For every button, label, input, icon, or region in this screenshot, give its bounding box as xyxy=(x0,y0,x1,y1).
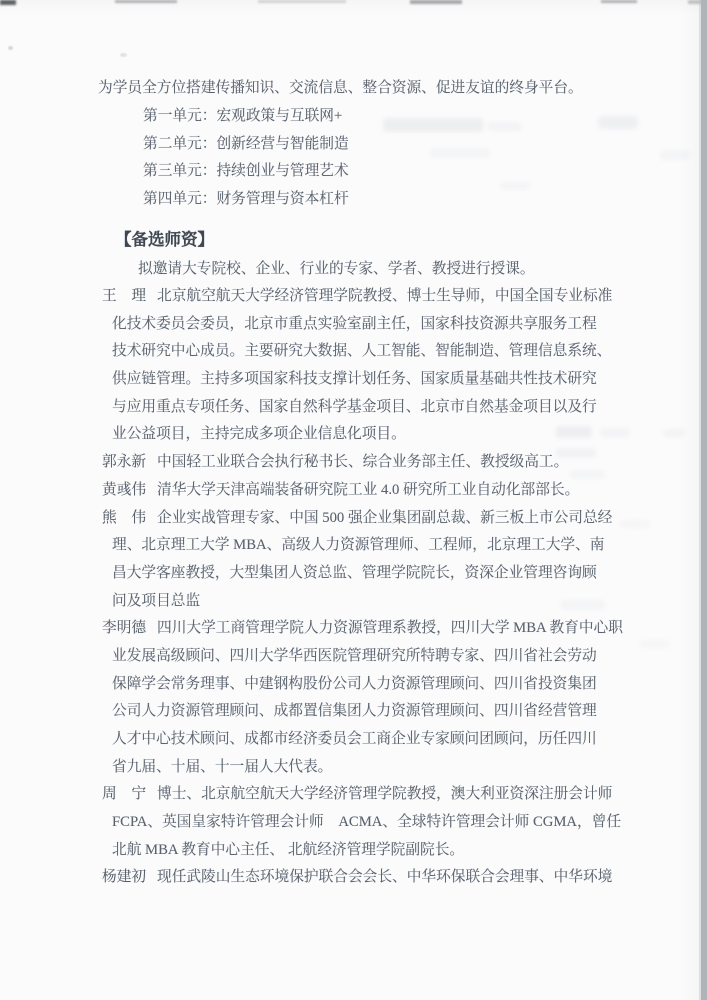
faculty-text: 清华大学天津高端装备研究院工业 4.0 研究所工业自动化部部长。 xyxy=(157,482,579,498)
section-intro: 拟邀请大专院校、企业、行业的专家、学者、教授进行授课。 xyxy=(138,255,535,283)
unit-list: 第一单元：宏观政策与互联网+ 第二单元：创新经营与智能制造 第三单元：持续创业与… xyxy=(143,103,349,213)
bleed-through-mark xyxy=(598,116,638,129)
faculty-name: 郭永新 xyxy=(102,449,146,477)
bleed-through-mark xyxy=(500,182,530,190)
faculty-line: 公司人力资源管理顾问、成都置信集团人力资源管理顾问、四川省经营管理 xyxy=(0,698,707,726)
faculty-entry: 郭永新中国轻工业联合会执行秘书长、综合业务部主任、教授级高工。 xyxy=(0,449,707,477)
faculty-entry: 周 宁博士、北京航空航天大学经济管理学院教授，澳大利亚资深注册会计师 FCPA、… xyxy=(0,781,707,864)
faculty-entry: 黄彧伟清华大学天津高端装备研究院工业 4.0 研究所工业自动化部部长。 xyxy=(0,477,707,505)
scanned-document-page: 为学员全方位搭建传播知识、交流信息、整合资源、促进友谊的终身平台。 第一单元：宏… xyxy=(0,0,707,1000)
faculty-line: 王 理北京航空航天大学经济管理学院教授、博士生导师，中国全国专业标准 xyxy=(0,283,707,311)
faculty-name: 熊 伟 xyxy=(102,505,146,533)
faculty-line: 李明德四川大学工商管理学院人力资源管理系教授，四川大学 MBA 教育中心职 xyxy=(0,615,707,643)
faculty-text: 企业实战管理专家、中国 500 强企业集团副总裁、新三板上市公司总经 xyxy=(157,510,612,526)
faculty-line: 与应用重点专项任务、国家自然科学基金项目、北京市自然基金项目以及行 xyxy=(0,394,707,422)
scan-smudge xyxy=(258,0,346,3)
bleed-through-mark xyxy=(660,150,690,160)
intro-paragraph: 为学员全方位搭建传播知识、交流信息、整合资源、促进友谊的终身平台。 xyxy=(98,74,583,102)
faculty-name: 王 理 xyxy=(102,283,146,311)
faculty-line: 郭永新中国轻工业联合会执行秘书长、综合业务部主任、教授级高工。 xyxy=(0,449,707,477)
unit-item-1: 第一单元：宏观政策与互联网+ xyxy=(143,103,349,131)
faculty-entry: 王 理北京航空航天大学经济管理学院教授、博士生导师，中国全国专业标准 化技术委员… xyxy=(0,283,707,449)
faculty-name: 黄彧伟 xyxy=(102,477,146,505)
faculty-name: 李明德 xyxy=(102,615,146,643)
scan-speck xyxy=(120,53,127,57)
scan-smudge xyxy=(601,0,637,3)
faculty-entry: 李明德四川大学工商管理学院人力资源管理系教授，四川大学 MBA 教育中心职 业发… xyxy=(0,615,707,781)
faculty-entry: 熊 伟企业实战管理专家、中国 500 强企业集团副总裁、新三板上市公司总经 理、… xyxy=(0,505,707,616)
scan-speck xyxy=(8,46,13,50)
faculty-name: 周 宁 xyxy=(102,781,146,809)
faculty-line: 化技术委员会委员，北京市重点实验室副主任，国家科技资源共享服务工程 xyxy=(0,311,707,339)
bleed-through-mark xyxy=(430,148,490,158)
faculty-roster: 王 理北京航空航天大学经济管理学院教授、博士生导师，中国全国专业标准 化技术委员… xyxy=(0,283,707,892)
faculty-line: 熊 伟企业实战管理专家、中国 500 强企业集团副总裁、新三板上市公司总经 xyxy=(0,505,707,533)
faculty-line: 业公益项目，主持完成多项企业信息化项目。 xyxy=(0,421,707,449)
section-heading: 【备选师资】 xyxy=(115,225,214,255)
scan-smudge xyxy=(410,0,462,4)
faculty-line: 技术研究中心成员。主要研究大数据、人工智能、智能制造、管理信息系统、 xyxy=(0,338,707,366)
faculty-line: 北航 MBA 教育中心主任、 北航经济管理学院副院长。 xyxy=(0,837,707,865)
faculty-line: 昌大学客座教授，大型集团人资总监、管理学院院长，资深企业管理咨询顾 xyxy=(0,560,707,588)
faculty-line: 问及项目总监 xyxy=(0,588,707,616)
faculty-line: 人才中心技术顾问、成都市经济委员会工商企业专家顾问团顾问，历任四川 xyxy=(0,726,707,754)
faculty-line: FCPA、英国皇家特许管理会计师 ACMA、全球特许管理会计师 CGMA，曾任 xyxy=(0,809,707,837)
faculty-name: 杨建初 xyxy=(102,864,146,892)
faculty-line: 供应链管理。主持多项国家科技支撑计划任务、国家质量基础共性技术研究 xyxy=(0,366,707,394)
scan-smudge xyxy=(115,0,177,3)
faculty-text: 现任武陵山生态环境保护联合会会长、中华环保联合会理事、中华环境 xyxy=(157,869,612,885)
scan-smudge xyxy=(0,0,16,5)
faculty-text: 北京航空航天大学经济管理学院教授、博士生导师，中国全国专业标准 xyxy=(157,288,612,304)
faculty-line: 保障学会常务理事、中建钢构股份公司人力资源管理顾问、四川省投资集团 xyxy=(0,671,707,699)
unit-item-4: 第四单元：财务管理与资本杠杆 xyxy=(143,186,349,214)
faculty-line: 省九届、十届、十一届人大代表。 xyxy=(0,754,707,782)
scan-smudge xyxy=(688,0,707,4)
faculty-text: 博士、北京航空航天大学经济管理学院教授，澳大利亚资深注册会计师 xyxy=(157,786,612,802)
faculty-line: 杨建初现任武陵山生态环境保护联合会会长、中华环保联合会理事、中华环境 xyxy=(0,864,707,892)
faculty-line: 理、北京理工大学 MBA、高级人力资源管理师、工程师，北京理工大学、南 xyxy=(0,532,707,560)
faculty-line: 黄彧伟清华大学天津高端装备研究院工业 4.0 研究所工业自动化部部长。 xyxy=(0,477,707,505)
faculty-line: 周 宁博士、北京航空航天大学经济管理学院教授，澳大利亚资深注册会计师 xyxy=(0,781,707,809)
faculty-line: 业发展高级顾问、四川大学华西医院管理研究所特聘专家、四川省社会劳动 xyxy=(0,643,707,671)
faculty-entry: 杨建初现任武陵山生态环境保护联合会会长、中华环保联合会理事、中华环境 xyxy=(0,864,707,892)
faculty-text: 中国轻工业联合会执行秘书长、综合业务部主任、教授级高工。 xyxy=(157,454,568,470)
faculty-text: 四川大学工商管理学院人力资源管理系教授，四川大学 MBA 教育中心职 xyxy=(157,620,623,636)
bleed-through-mark xyxy=(383,118,483,132)
bleed-through-mark xyxy=(487,122,522,131)
unit-item-2: 第二单元：创新经营与智能制造 xyxy=(143,131,349,159)
unit-item-3: 第三单元：持续创业与管理艺术 xyxy=(143,158,349,186)
